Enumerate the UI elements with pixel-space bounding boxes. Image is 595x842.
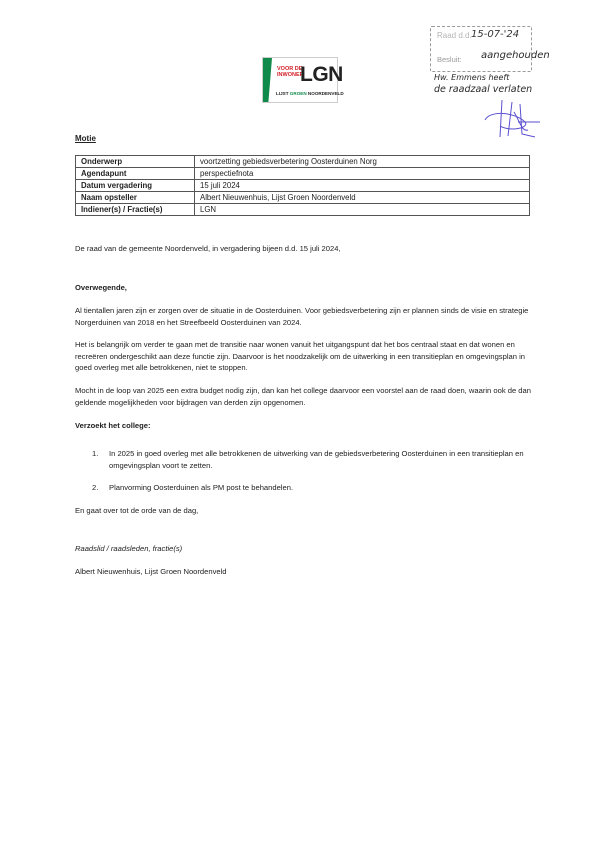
closing-line: En gaat over tot de orde van de dag, <box>75 505 535 517</box>
logo-party-name: LIJST GROEN NOORDENVELD <box>276 91 344 96</box>
logo-abbreviation: LGN <box>300 63 343 87</box>
meta-label: Datum vergadering <box>76 180 195 192</box>
logo-green-bar <box>263 58 272 102</box>
meta-value: LGN <box>195 204 530 216</box>
signatory-name: Albert Nieuwenhuis, Lijst Groen Noordenv… <box>75 566 535 578</box>
request-text: In 2025 in goed overleg met alle betrokk… <box>109 448 539 471</box>
considering-paragraph: Al tientallen jaren zijn er zorgen over … <box>75 305 535 328</box>
request-text: Planvorming Oosterduinen als PM post te … <box>109 482 539 494</box>
intro-paragraph: De raad van de gemeente Noordenveld, in … <box>75 243 535 255</box>
signature-icon <box>480 92 550 142</box>
signatory-label: Raadslid / raadsleden, fractie(s) <box>75 543 535 555</box>
council-stamp: Raad d.d. 15-07-'24 Besluit: <box>430 26 532 72</box>
stamp-besluit-label: Besluit: <box>437 55 462 64</box>
stamp-date: 15-07-'24 <box>471 29 519 40</box>
meta-value: 15 juli 2024 <box>195 180 530 192</box>
table-row: Naam opstellerAlbert Nieuwenhuis, Lijst … <box>76 192 530 204</box>
request-item: 1. In 2025 in goed overleg met alle betr… <box>92 448 537 472</box>
meta-label: Indiener(s) / Fractie(s) <box>76 204 195 216</box>
document-title: Motie <box>75 134 96 143</box>
table-row: Datum vergadering15 juli 2024 <box>76 180 530 192</box>
considering-heading: Overwegende, <box>75 282 535 294</box>
table-row: Onderwerpvoortzetting gebiedsverbetering… <box>76 156 530 168</box>
meta-value: perspectiefnota <box>195 168 530 180</box>
meta-label: Agendapunt <box>76 168 195 180</box>
motion-meta-table: Onderwerpvoortzetting gebiedsverbetering… <box>75 155 530 216</box>
request-number: 2. <box>92 482 98 494</box>
meta-label: Onderwerp <box>76 156 195 168</box>
meta-value: voortzetting gebiedsverbetering Oosterdu… <box>195 156 530 168</box>
requests-heading: Verzoekt het college: <box>75 420 535 432</box>
stamp-besluit-value: aangehouden <box>481 50 550 61</box>
table-row: Agendapuntperspectiefnota <box>76 168 530 180</box>
meta-label: Naam opsteller <box>76 192 195 204</box>
request-item: 2. Planvorming Oosterduinen als PM post … <box>92 482 537 494</box>
logo-party-name-1: LIJST <box>276 91 290 96</box>
considering-paragraph: Mocht in de loop van 2025 een extra budg… <box>75 385 535 408</box>
request-number: 1. <box>92 448 98 460</box>
stamp-raad-label: Raad d.d. <box>437 31 472 40</box>
logo-party-name-2: GROEN <box>290 91 307 96</box>
considering-paragraph: Het is belangrijk om verder te gaan met … <box>75 339 535 374</box>
lgn-logo: VOOR DE INWONER LGN LIJST GROEN NOORDENV… <box>262 57 338 103</box>
table-row: Indiener(s) / Fractie(s)LGN <box>76 204 530 216</box>
logo-party-name-3: NOORDENVELD <box>307 91 344 96</box>
meta-value: Albert Nieuwenhuis, Lijst Groen Noordenv… <box>195 192 530 204</box>
handwritten-note-line1: Hw. Emmens heeft <box>434 73 509 82</box>
